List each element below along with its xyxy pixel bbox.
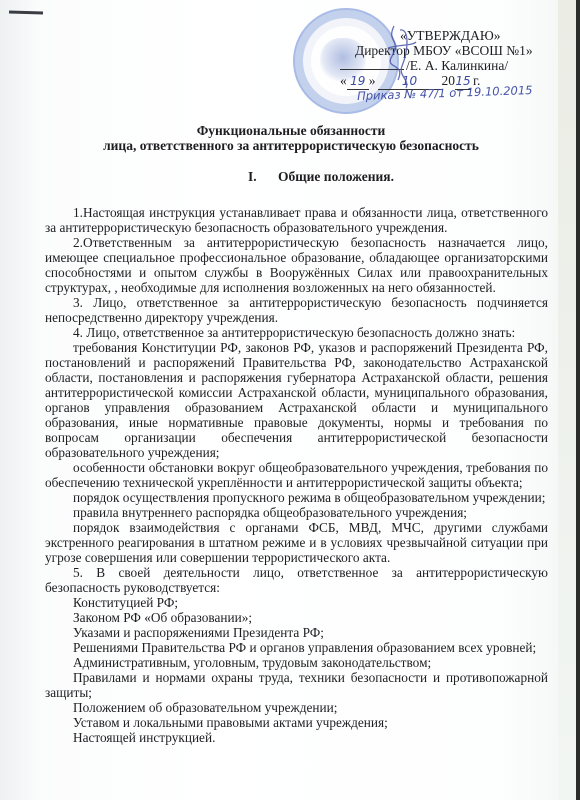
- scan-edge-strip: [558, 0, 576, 800]
- knowledge-item-3: порядок осуществления пропускного режима…: [45, 490, 548, 505]
- guidance-item-1: Конституцией РФ;: [45, 595, 548, 610]
- guidance-item-9: Настоящей инструкцией.: [45, 730, 548, 745]
- paragraph-5: 5. В своей деятельности лицо, ответствен…: [45, 565, 548, 595]
- knowledge-item-4: правила внутреннего распорядка общеобраз…: [45, 505, 548, 520]
- scan-edge-border: [576, 0, 580, 800]
- paragraph-4: 4. Лицо, ответственное за антитеррористи…: [45, 325, 548, 340]
- document-title-line2: лица, ответственного за антитеррористиче…: [0, 138, 558, 153]
- guidance-item-4: Решениями Правительства РФ и органов упр…: [45, 640, 548, 655]
- guidance-item-6: Правилами и нормами охраны труда, техник…: [45, 670, 548, 700]
- signature-line: /Е. А. Калинкина/: [340, 58, 560, 73]
- date-quote-open: «: [340, 73, 347, 88]
- guidance-item-2: Законом РФ «Об образовании»;: [45, 610, 548, 625]
- paragraph-3: 3. Лицо, ответственное за антитеррористи…: [45, 295, 548, 325]
- knowledge-item-1: требования Конституции РФ, законов РФ, у…: [45, 340, 548, 460]
- approve-label: «УТВЕРЖДАЮ»: [340, 28, 560, 43]
- approver-name: /Е. А. Калинкина/: [406, 58, 508, 73]
- section-title: Общие положения.: [278, 169, 394, 184]
- approver-position: Директор МБОУ «ВСОШ №1»: [340, 43, 560, 58]
- signature-icon: [380, 22, 420, 92]
- document-title-line1: Функциональные обязанности: [0, 123, 558, 138]
- guidance-item-8: Уставом и локальными правовыми актами уч…: [45, 715, 548, 730]
- paragraph-2: 2.Ответственным за антитеррористическую …: [45, 235, 548, 295]
- paragraph-1: 1.Настоящая инструкция устанавливает пра…: [45, 205, 548, 235]
- knowledge-item-2: особенности обстановки вокруг общеобразо…: [45, 460, 548, 490]
- guidance-item-5: Административным, уголовным, трудовым за…: [45, 655, 548, 670]
- date-day: 19: [347, 74, 369, 90]
- guidance-item-3: Указами и распоряжениями Президента РФ;: [45, 625, 548, 640]
- document-body: 1.Настоящая инструкция устанавливает пра…: [45, 205, 548, 745]
- date-quote-close: »: [369, 73, 376, 88]
- section-number: I.: [248, 169, 278, 185]
- section-heading: I.Общие положения.: [248, 169, 394, 185]
- knowledge-item-5: порядок взаимодействия с органами ФСБ, М…: [45, 520, 548, 565]
- guidance-item-7: Положением об образовательном учреждении…: [45, 700, 548, 715]
- approval-block: «УТВЕРЖДАЮ» Директор МБОУ «ВСОШ №1» /Е. …: [340, 28, 560, 90]
